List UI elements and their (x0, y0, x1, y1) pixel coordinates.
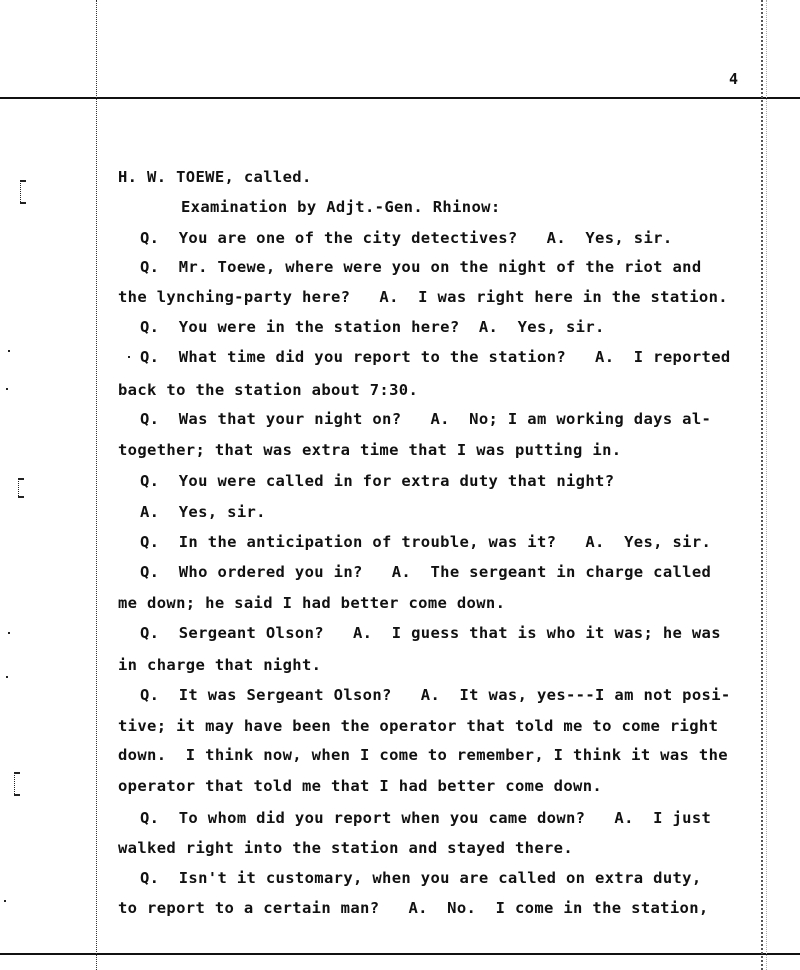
transcript-line: together; that was extra time that I was… (118, 441, 621, 459)
right-margin-line (761, 0, 763, 970)
transcript-line: Q. What time did you report to the stati… (140, 348, 731, 366)
page-number: 4 (729, 70, 738, 88)
transcript-line: Q. You were in the station here? A. Yes,… (140, 318, 605, 336)
scan-speck (4, 900, 6, 902)
bottom-rule-line (0, 953, 800, 955)
left-margin-line (96, 0, 97, 970)
scan-speck (8, 632, 10, 634)
transcript-line: Q. You were called in for extra duty tha… (140, 472, 614, 490)
margin-bracket-mark (18, 478, 27, 498)
transcript-line: Q. In the anticipation of trouble, was i… (140, 533, 711, 551)
transcript-line: Q. Sergeant Olson? A. I guess that is wh… (140, 624, 721, 642)
transcript-line: operator that told me that I had better … (118, 777, 602, 795)
transcript-line: walked right into the station and stayed… (118, 839, 573, 857)
transcript-line: in charge that night. (118, 656, 321, 674)
transcript-line: A. Yes, sir. (140, 503, 266, 521)
document-page: 4 H. W. TOEWE, called.Examination by Adj… (0, 0, 800, 970)
transcript-line: the lynching-party here? A. I was right … (118, 288, 728, 306)
top-rule-line (0, 97, 800, 99)
transcript-line: Q. Who ordered you in? A. The sergeant i… (140, 563, 711, 581)
transcript-line: Examination by Adjt.-Gen. Rhinow: (181, 198, 501, 216)
transcript-line: to report to a certain man? A. No. I com… (118, 899, 709, 917)
transcript-line: Q. You are one of the city detectives? A… (140, 229, 673, 247)
transcript-line: Q. Isn't it customary, when you are call… (140, 869, 702, 887)
scan-speck (8, 350, 10, 352)
right-margin-line-secondary (766, 0, 767, 970)
transcript-line: down. I think now, when I come to rememb… (118, 746, 728, 764)
transcript-line: Q. To whom did you report when you came … (140, 809, 711, 827)
scan-speck (6, 388, 8, 390)
transcript-line: back to the station about 7:30. (118, 381, 418, 399)
scan-speck (6, 676, 8, 678)
transcript-line: me down; he said I had better come down. (118, 594, 505, 612)
margin-bracket-mark (20, 180, 29, 204)
scan-speck (128, 356, 130, 358)
transcript-line: H. W. TOEWE, called. (118, 168, 312, 186)
transcript-line: Q. Was that your night on? A. No; I am w… (140, 410, 711, 428)
margin-bracket-mark (14, 772, 23, 796)
transcript-line: Q. It was Sergeant Olson? A. It was, yes… (140, 686, 731, 704)
transcript-line: tive; it may have been the operator that… (118, 717, 718, 735)
transcript-line: Q. Mr. Toewe, where were you on the nigh… (140, 258, 702, 276)
